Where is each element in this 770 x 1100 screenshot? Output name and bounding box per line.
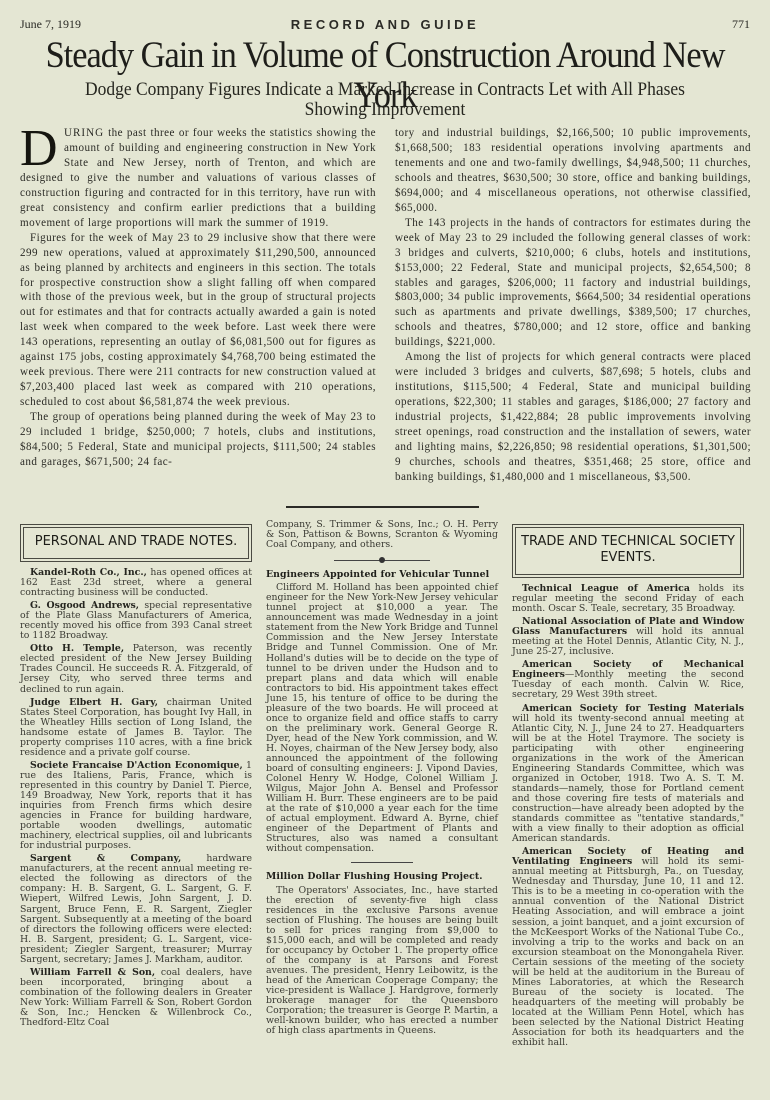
society-events-column: TRADE AND TECHNICAL SOCIETY EVENTS. Tech… bbox=[512, 520, 744, 1051]
society-events-header-box: TRADE AND TECHNICAL SOCIETY EVENTS. bbox=[512, 524, 744, 578]
newspaper-page: June 7, 1919 RECORD AND GUIDE 771 Steady… bbox=[0, 0, 770, 1100]
page-number: 771 bbox=[732, 17, 750, 32]
society-event-text: will hold its semi-annual meeting at Pit… bbox=[512, 856, 744, 1048]
continuation-text: Company, S. Trimmer & Sons, Inc.; O. H. … bbox=[266, 520, 498, 550]
tunnel-heading: Engineers Appointed for Vehicular Tunnel bbox=[266, 570, 498, 580]
article-paragraph: Among the list of projects for which gen… bbox=[395, 350, 751, 485]
personal-note: Societe Francaise D'Action Economique, 1… bbox=[20, 761, 252, 851]
society-event: National Association of Plate and Window… bbox=[512, 617, 744, 657]
society-event: American Society of Heating and Ventilat… bbox=[512, 847, 744, 1048]
drop-cap: D bbox=[20, 128, 58, 170]
society-event: American Society for Testing Materials w… bbox=[512, 704, 744, 845]
flushing-heading: Million Dollar Flushing Housing Project. bbox=[266, 872, 498, 882]
main-article: During the past three or four weeks the … bbox=[20, 126, 750, 496]
personal-note: Kandel-Roth Co., Inc., has opened office… bbox=[20, 568, 252, 598]
article-deck: Dodge Company Figures Indicate a Marked … bbox=[68, 80, 703, 120]
article-column-left: During the past three or four weeks the … bbox=[20, 126, 376, 470]
middle-column: Company, S. Trimmer & Sons, Inc.; O. H. … bbox=[266, 520, 498, 1039]
personal-note: Sargent & Company, hardware manufacturer… bbox=[20, 854, 252, 965]
personal-note: Otto H. Temple, Paterson, was recently e… bbox=[20, 644, 252, 694]
personal-notes-list: Kandel-Roth Co., Inc., has opened office… bbox=[20, 568, 252, 1028]
personal-notes-column: PERSONAL AND TRADE NOTES. Kandel-Roth Co… bbox=[20, 520, 252, 1031]
personal-note: William Farrell & Son, coal dealers, hav… bbox=[20, 968, 252, 1028]
personal-note: G. Osgood Andrews, special representativ… bbox=[20, 601, 252, 641]
society-events-list: Technical League of America holds its re… bbox=[512, 584, 744, 1048]
journal-title: RECORD AND GUIDE bbox=[20, 17, 750, 32]
society-events-title: TRADE AND TECHNICAL SOCIETY EVENTS. bbox=[515, 527, 741, 575]
society-event-text: will hold its twenty-second annual meeti… bbox=[512, 713, 744, 845]
personal-notes-title: PERSONAL AND TRADE NOTES. bbox=[23, 527, 249, 559]
personal-note: Judge Elbert H. Gary, chairman United St… bbox=[20, 698, 252, 758]
running-head: June 7, 1919 RECORD AND GUIDE 771 bbox=[20, 17, 750, 33]
personal-note-text: 1 rue des Italiens, Paris, France, which… bbox=[20, 760, 252, 851]
article-paragraph: During the past three or four weeks the … bbox=[20, 126, 376, 231]
ornament-separator bbox=[266, 556, 498, 564]
society-event: American Society of Mechanical Engineers… bbox=[512, 660, 744, 700]
personal-note-text: chairman United States Steel Corporation… bbox=[20, 697, 252, 758]
article-column-right: tory and industrial buildings, $2,166,50… bbox=[395, 126, 751, 485]
tunnel-article-text: Clifford M. Holland has been appointed c… bbox=[266, 583, 498, 854]
article-paragraph: The 143 projects in the hands of contrac… bbox=[395, 216, 751, 351]
personal-note-text: coal dealers, have been incorporated, br… bbox=[20, 967, 252, 1028]
society-event: Technical League of America holds its re… bbox=[512, 584, 744, 614]
section-divider-rule bbox=[286, 506, 479, 508]
bullet-ornament-icon bbox=[379, 557, 385, 563]
article-paragraph: The group of operations being planned du… bbox=[20, 410, 376, 470]
article-paragraph: Figures for the week of May 23 to 29 inc… bbox=[20, 231, 376, 410]
flushing-article-text: The Operators' Associates, Inc., have st… bbox=[266, 886, 498, 1037]
personal-notes-header-box: PERSONAL AND TRADE NOTES. bbox=[20, 524, 252, 562]
personal-note-text: hardware manufacturers, at the recent an… bbox=[20, 853, 252, 964]
short-separator bbox=[266, 858, 498, 868]
article-paragraph: tory and industrial buildings, $2,166,50… bbox=[395, 126, 751, 216]
